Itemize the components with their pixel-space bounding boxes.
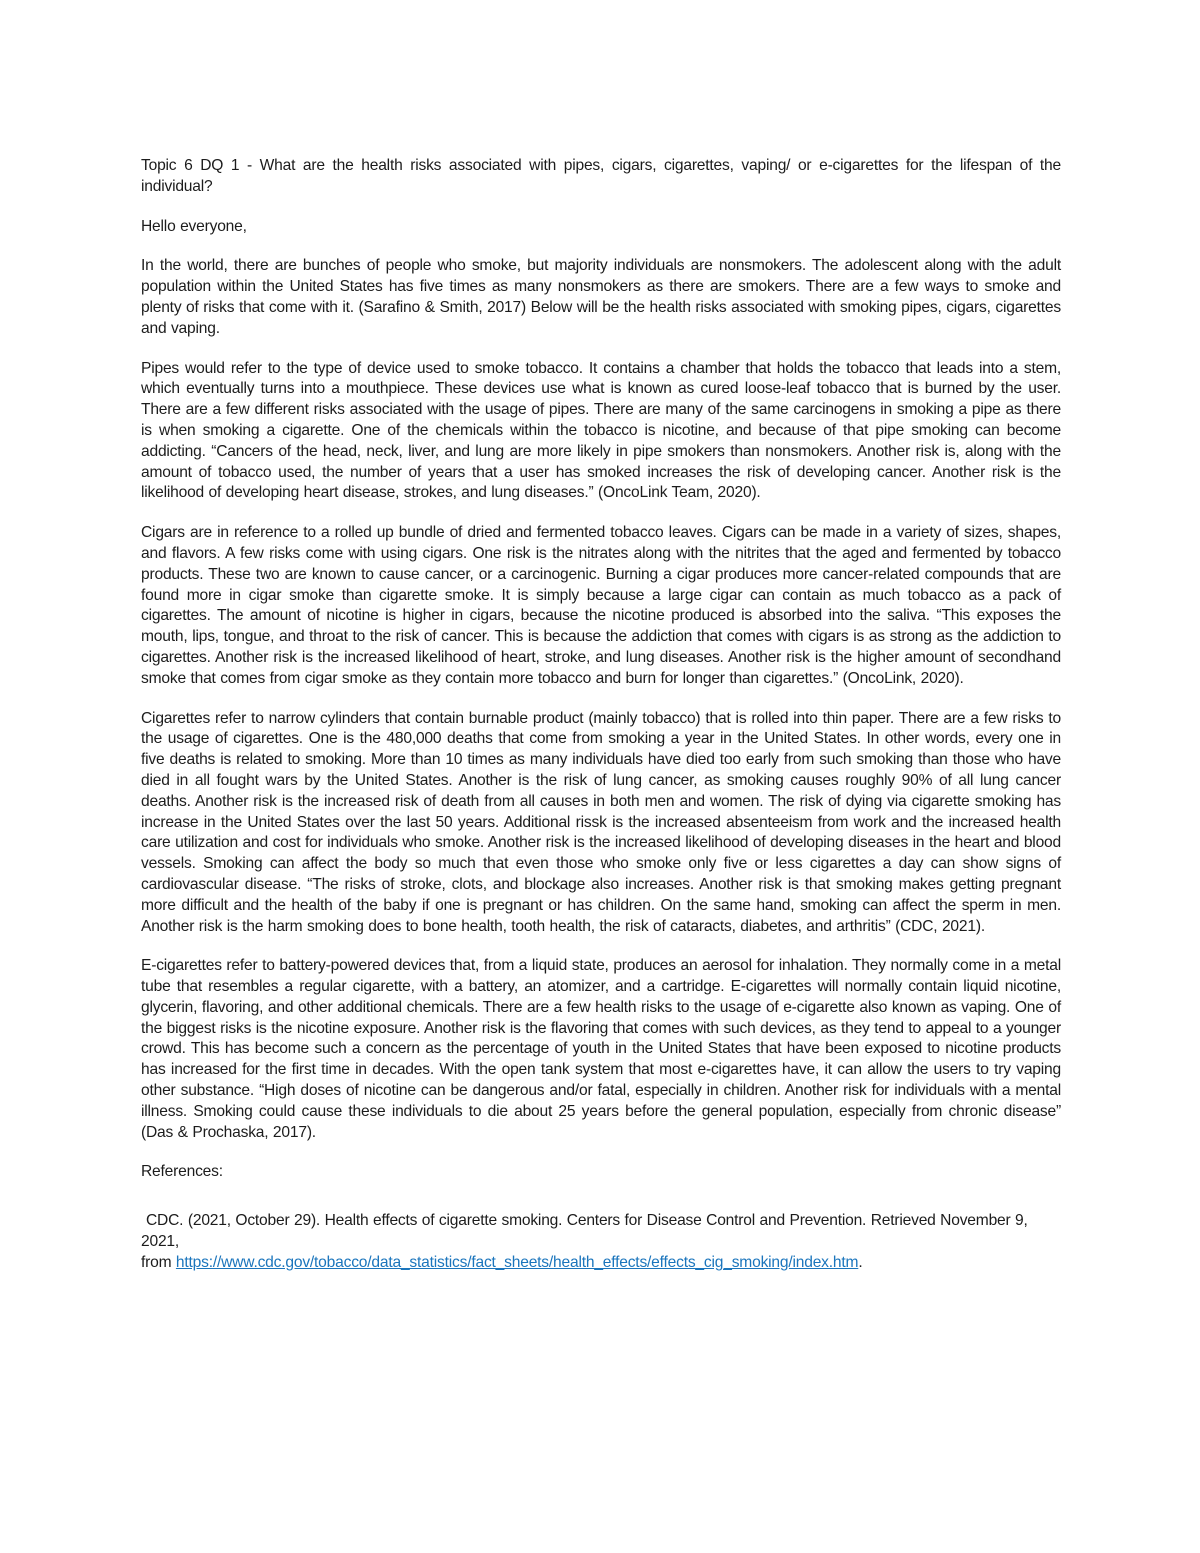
reference-url-link[interactable]: https://www.cdc.gov/tobacco/data_statist… — [176, 1254, 858, 1271]
paragraph-cigars: Cigars are in reference to a rolled up b… — [141, 523, 1061, 689]
paragraph-ecigarettes: E-cigarettes refer to battery-powered de… — [141, 956, 1061, 1143]
reference-trailing-period: . — [858, 1254, 862, 1271]
discussion-title: Topic 6 DQ 1 - What are the health risks… — [141, 156, 1061, 198]
document-page: Topic 6 DQ 1 - What are the health risks… — [141, 156, 1061, 1293]
paragraph-intro: In the world, there are bunches of peopl… — [141, 256, 1061, 339]
reference-entry: CDC. (2021, October 29). Health effects … — [141, 1211, 1061, 1273]
reference-citation-text: CDC. (2021, October 29). Health effects … — [141, 1212, 1028, 1250]
greeting-text: Hello everyone, — [141, 217, 1061, 238]
paragraph-pipes: Pipes would refer to the type of device … — [141, 359, 1061, 505]
paragraph-cigarettes: Cigarettes refer to narrow cylinders tha… — [141, 709, 1061, 938]
reference-from-prefix: from — [141, 1254, 176, 1271]
references-heading: References: — [141, 1162, 1061, 1183]
